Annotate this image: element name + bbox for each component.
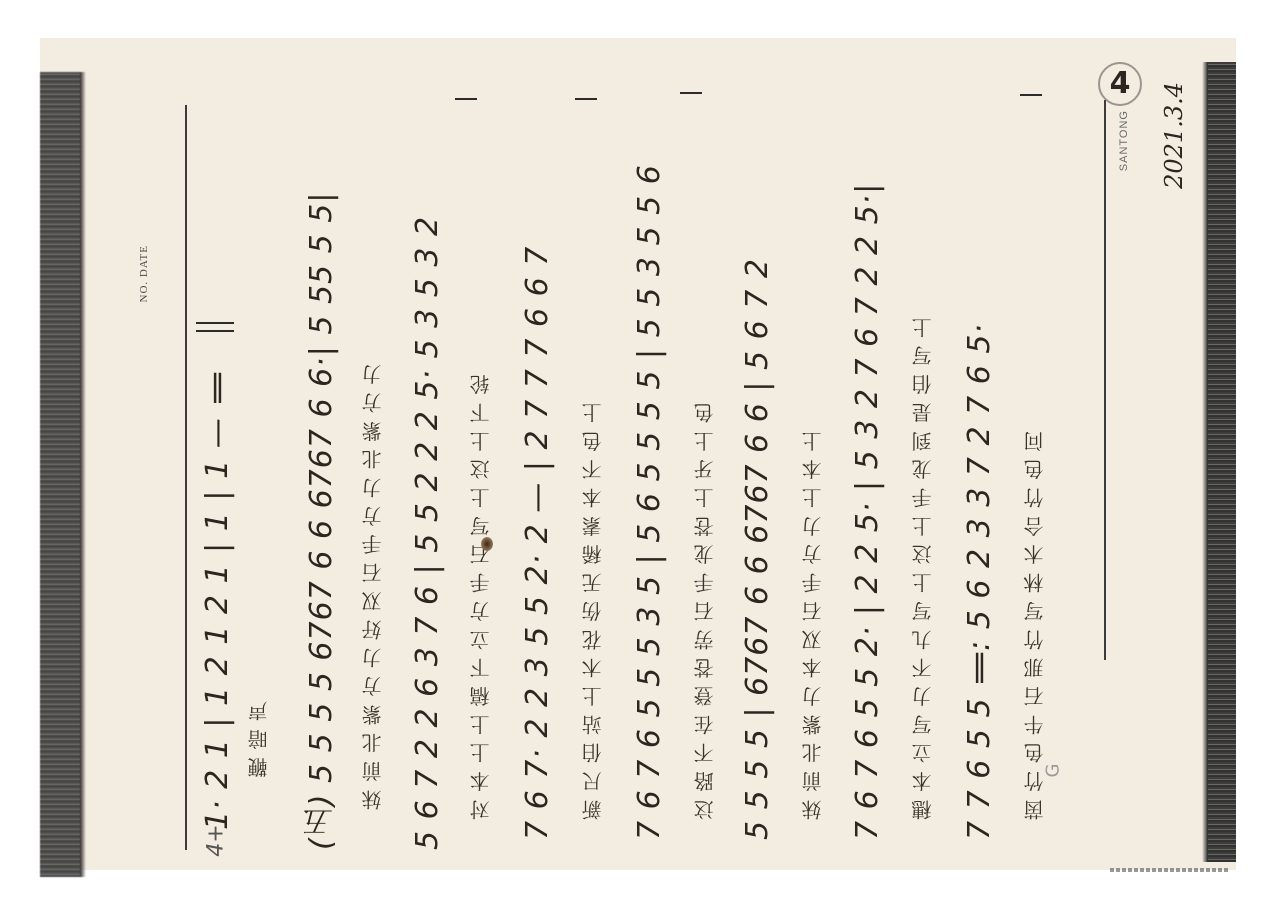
lyrics-column-2: 妹 前 北 紫 方 力 好 双 石 手 方 力 北 紫 方 力 [358, 110, 387, 810]
notation-column-3: 5 6 7 2 2 6 3 7 6 | 5 5 2 2 2 5· 5 3 5 3… [410, 110, 445, 850]
notation-column-2: (五) 5 5 5 5 6767 6 6 6767 6 6·| 5 55 5 5… [300, 90, 344, 850]
lyrics-column-6: 妹 前 北 紫 力 本 双 石 手 方 力 上 本 上 [798, 150, 827, 820]
barline [455, 98, 477, 100]
final-barline-1 [196, 322, 234, 324]
margin-rule-left [185, 105, 187, 850]
barline [680, 92, 702, 94]
lyrics-column-4: 新 尺 伯 站 上 木 花 伤 无 稀 素 本 不 色 上 [578, 160, 607, 820]
lyrics-column-8: 茵 竹 色 牛 石 那 竹 写 林 木 合 竹 色 问 [1020, 160, 1049, 820]
notation-column-7: 7 6 7 6 5 5 2· | 2 2 5· | 5 3 2 7 6 7 2 … [850, 100, 885, 840]
paper-brand-label: SANTONG [1118, 110, 1130, 171]
lyrics-column-7: 穗 本 立 写 力 不 九 写 上 这 上 手 龙 到 是 伯 写 上 [908, 140, 937, 820]
notation-column-8: 7 7 6 5 5 ‖: 5 6 2 3 3 7 2 7 6 5· [962, 120, 997, 840]
notation-column-4: 7 6 7· 2 2 3 5 5 2· 2 — | 2 7 7 7 6 6 7 [520, 140, 555, 840]
lyrics-column-1: 鞭 暗 声 [244, 700, 273, 778]
lyrics-column-3: 对 本 上 上 稿 下 立 方 手 石 写 上 这 上 下 轮 [466, 160, 495, 820]
barline [575, 98, 597, 100]
circled-g-mark: G [1042, 764, 1063, 778]
notation-column-1: 1· 2 1 | 1 2 1 2 1 | 1 | 1 — ‖ [200, 330, 235, 830]
notation-column-5: 7 6 7 6 5 5 5 3 5 | 5 6 5 5 5 5 | 5 5 3 … [632, 120, 667, 840]
barline [1020, 94, 1042, 96]
scan-edge-right [1208, 62, 1236, 862]
signature-date: 2021.3.4 [1160, 82, 1188, 189]
margin-rule-right [1104, 100, 1106, 660]
ink-stain [481, 537, 493, 551]
lyrics-column-5: 这 路 不 在 登 苍 劳 石 手 龙 苍 上 牙 上 色 [690, 140, 719, 820]
notation-column-6: 5 5 5 5 | 6767 6 6 6767 6 6 | 5 6 7 2 [740, 120, 775, 840]
footer-print-strip [1110, 868, 1230, 872]
page-number-badge: 4 [1098, 62, 1142, 106]
scan-edge-left [40, 72, 80, 877]
header-no-date-label: NO. DATE [138, 245, 150, 303]
